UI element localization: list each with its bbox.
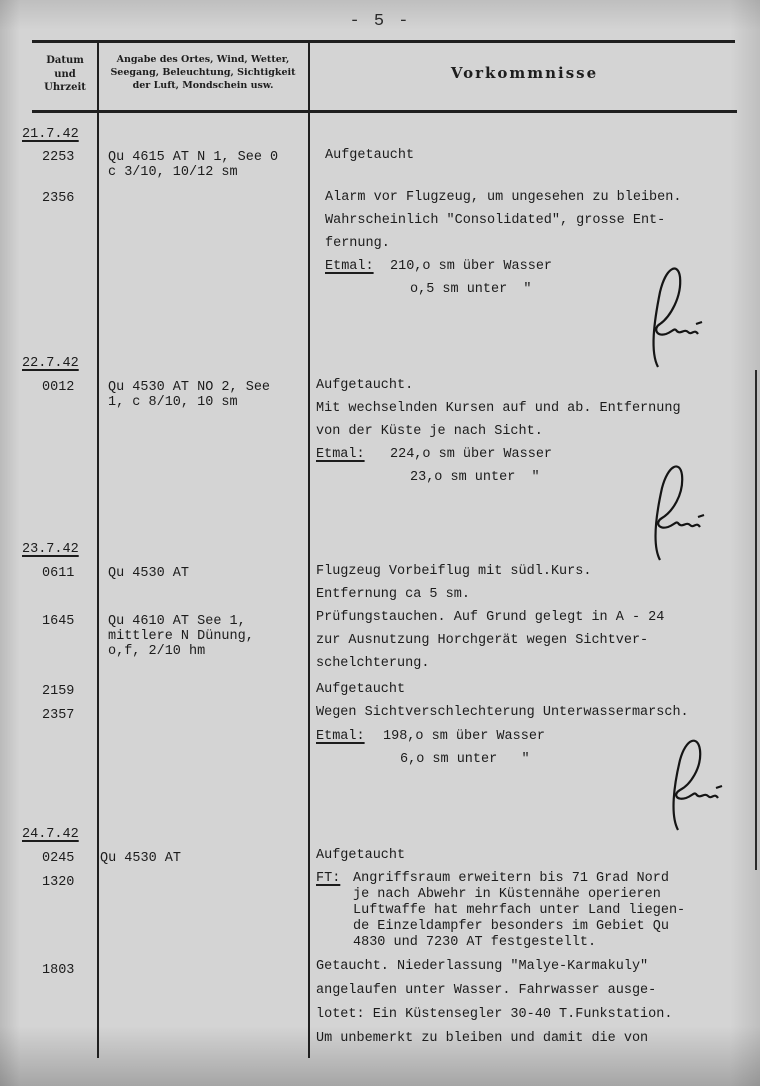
entry-event: Aufgetaucht — [325, 148, 414, 163]
ft-message-line: 4830 und 7230 AT festgestellt. — [353, 935, 596, 950]
entry-event: fernung. — [325, 236, 390, 251]
entry-event: Getaucht. Niederlassung "Malye-Karmakuly… — [316, 959, 648, 974]
entry-time: 1645 — [42, 614, 74, 629]
table-top-rule — [32, 40, 735, 43]
entry-event: Flugzeug Vorbeiflug mit südl.Kurs. — [316, 564, 591, 579]
etmal-above-water: 210,o sm über Wasser — [390, 259, 552, 274]
entry-location: Qu 4530 AT NO 2, See — [108, 380, 270, 395]
entry-date: 22.7.42 — [22, 356, 79, 371]
page-right-edge — [755, 370, 757, 870]
etmal-below-water: o,5 sm unter " — [410, 282, 532, 297]
etmal-above-water: 198,o sm über Wasser — [383, 729, 545, 744]
ft-message-line: je nach Abwehr in Küstennähe operieren — [353, 887, 661, 902]
entry-time: 0245 — [42, 851, 74, 866]
entry-location: Qu 4530 AT — [108, 566, 189, 581]
signature — [650, 460, 720, 570]
entry-location: Qu 4615 AT N 1, See 0 — [108, 150, 278, 165]
header-events: Vorkommnisse — [312, 63, 737, 83]
header-location-weather: Angabe des Ortes, Wind, Wetter, Seegang,… — [100, 54, 306, 92]
entry-date: 23.7.42 — [22, 542, 79, 557]
logbook-page: - 5 - Datum und Uhrzeit Angabe des Ortes… — [0, 0, 760, 1086]
etmal-below-water: 23,o sm unter " — [410, 470, 540, 485]
entry-event: Um unbemerkt zu bleiben und damit die vo… — [316, 1031, 648, 1046]
column-divider-1 — [97, 42, 99, 1058]
entry-event: von der Küste je nach Sicht. — [316, 424, 543, 439]
column-divider-2 — [308, 42, 310, 1058]
etmal-label: Etmal: — [325, 259, 374, 274]
entry-event: lotet: Ein Küstensegler 30-40 T.Funkstat… — [316, 1007, 672, 1022]
entry-event: Aufgetaucht. — [316, 378, 413, 393]
ft-message-line: de Einzeldampfer besonders im Gebiet Qu — [353, 919, 669, 934]
page-number: - 5 - — [0, 12, 760, 31]
etmal-above-water: 224,o sm über Wasser — [390, 447, 552, 462]
header-date-time: Datum und Uhrzeit — [36, 54, 94, 95]
header-bottom-rule — [32, 110, 737, 113]
entry-time: 2159 — [42, 684, 74, 699]
entry-location: 1, c 8/10, 10 sm — [108, 395, 238, 410]
entry-event: Aufgetaucht — [316, 848, 405, 863]
entry-location: c 3/10, 10/12 sm — [108, 165, 238, 180]
entry-date: 24.7.42 — [22, 827, 79, 842]
entry-time: 2357 — [42, 708, 74, 723]
etmal-below-water: 6,o sm unter " — [400, 752, 530, 767]
entry-event: Entfernung ca 5 sm. — [316, 587, 470, 602]
entry-event: zur Ausnutzung Horchgerät wegen Sichtver… — [316, 633, 648, 648]
entry-time: 2253 — [42, 150, 74, 165]
ft-label: FT: — [316, 871, 340, 886]
entry-event: Aufgetaucht — [316, 682, 405, 697]
entry-event: Wegen Sichtverschlechterung Unterwasserm… — [316, 705, 689, 720]
entry-event: Prüfungstauchen. Auf Grund gelegt in A -… — [316, 610, 664, 625]
ft-message-line: Angriffsraum erweitern bis 71 Grad Nord — [353, 871, 669, 886]
entry-event: Mit wechselnden Kursen auf und ab. Entfe… — [316, 401, 681, 416]
entry-time: 0611 — [42, 566, 74, 581]
etmal-label: Etmal: — [316, 447, 365, 462]
entry-location: mittlere N Dünung, — [108, 629, 254, 644]
signature — [648, 262, 718, 372]
entry-time: 0012 — [42, 380, 74, 395]
entry-time: 1803 — [42, 963, 74, 978]
signature — [668, 735, 738, 835]
entry-location: o,f, 2/10 hm — [108, 644, 205, 659]
entry-event: schelchterung. — [316, 656, 429, 671]
entry-event: Wahrscheinlich "Consolidated", grosse En… — [325, 213, 665, 228]
entry-event: angelaufen unter Wasser. Fahrwasser ausg… — [316, 983, 656, 998]
ft-message-line: Luftwaffe hat mehrfach unter Land liegen… — [353, 903, 685, 918]
entry-date: 21.7.42 — [22, 127, 79, 142]
entry-event: Alarm vor Flugzeug, um ungesehen zu blei… — [325, 190, 681, 205]
etmal-label: Etmal: — [316, 729, 365, 744]
entry-location: Qu 4530 AT — [100, 851, 181, 866]
entry-time: 2356 — [42, 191, 74, 206]
entry-location: Qu 4610 AT See 1, — [108, 614, 246, 629]
entry-time: 1320 — [42, 875, 74, 890]
